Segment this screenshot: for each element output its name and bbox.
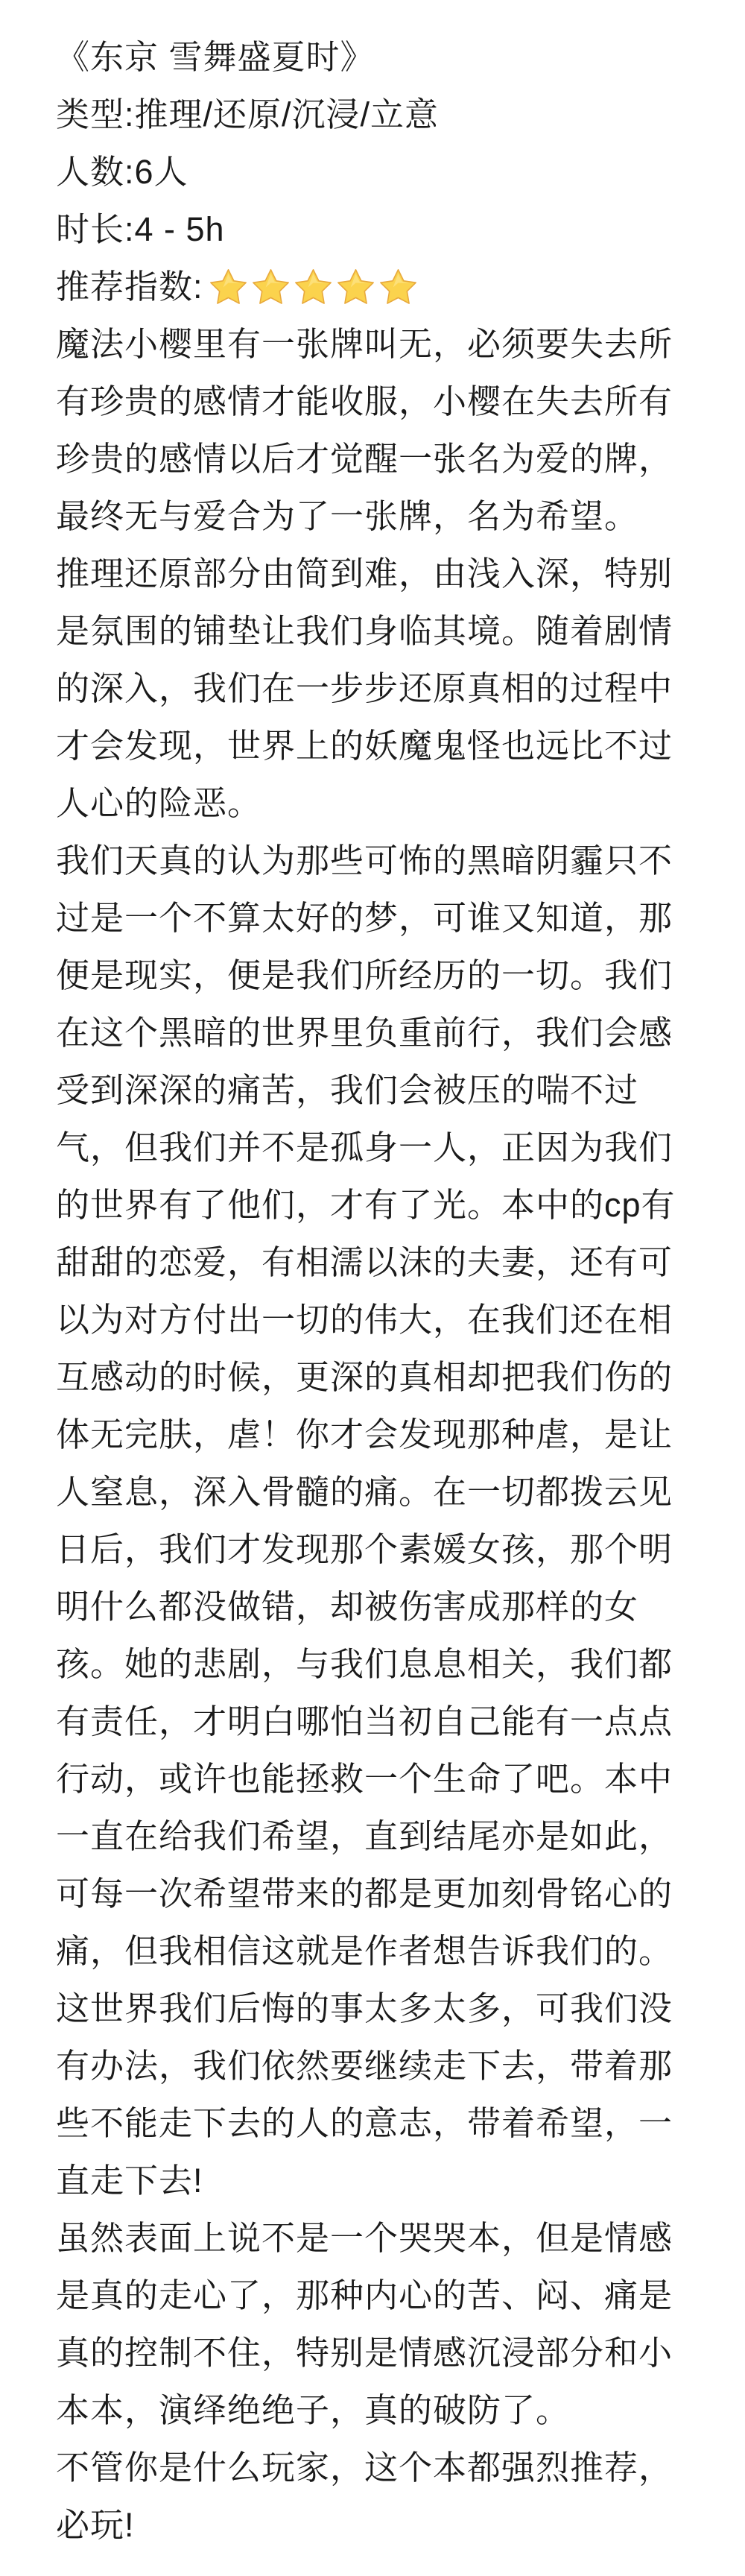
star-icon — [250, 267, 291, 308]
review-line: 人心的险恶。 — [56, 774, 704, 832]
review-line: 过是一个不算太好的梦，可谁又知道，那 — [56, 889, 704, 947]
type-line: 类型:推理/还原/沉浸/立意 — [56, 86, 704, 143]
review-line: 明什么都没做错，却被伤害成那样的女 — [56, 1578, 704, 1635]
review-line: 是真的走心了，那种内心的苦、闷、痛是 — [56, 2267, 704, 2324]
review-line: 人窒息，深入骨髓的痛。在一切都拨云见 — [56, 1463, 704, 1521]
review-line: 气，但我们并不是孤身一人，正因为我们 — [56, 1119, 704, 1176]
star-icon — [335, 267, 376, 308]
review-line: 不管你是什么玩家，这个本都强烈推荐， — [56, 2439, 704, 2496]
review-line: 的深入，我们在一步步还原真相的过程中 — [56, 660, 704, 717]
review-line: 推理还原部分由简到难，由浅入深，特别 — [56, 545, 704, 602]
review-line: 以为对方付出一切的伟大，在我们还在相 — [56, 1291, 704, 1348]
review-paragraph: 我们天真的认为那些可怖的黑暗阴霾只不过是一个不算太好的梦，可谁又知道，那便是现实… — [56, 832, 704, 2209]
review-line: 是氛围的铺垫让我们身临其境。随着剧情 — [56, 602, 704, 660]
rating-stars — [208, 267, 419, 308]
review-line: 珍贵的感情以后才觉醒一张名为爱的牌， — [56, 430, 704, 487]
review-line: 甜甜的恋爱，有相濡以沫的夫妻，还有可 — [56, 1234, 704, 1291]
players-line: 人数:6人 — [56, 143, 704, 201]
review-line: 有珍贵的感情才能收服，小樱在失去所有 — [56, 373, 704, 430]
review-line: 些不能走下去的人的意志，带着希望，一 — [56, 2094, 704, 2152]
review-paragraph: 虽然表面上说不是一个哭哭本，但是情感是真的走心了，那种内心的苦、闷、痛是真的控制… — [56, 2209, 704, 2439]
review-line: 必玩! — [56, 2496, 704, 2554]
review-body: 魔法小樱里有一张牌叫无，必须要失去所有珍贵的感情才能收服，小樱在失去所有珍贵的感… — [56, 315, 704, 2554]
review-line: 一直在给我们希望，直到结尾亦是如此， — [56, 1808, 704, 1865]
review-line: 孩。她的悲剧，与我们息息相关，我们都 — [56, 1635, 704, 1693]
rating-label: 推荐指数: — [56, 258, 203, 315]
star-icon — [293, 267, 334, 308]
star-icon — [378, 267, 419, 308]
review-line: 直走下去! — [56, 2152, 704, 2209]
review-line: 有责任，才明白哪怕当初自己能有一点点 — [56, 1693, 704, 1750]
review-line: 日后，我们才发现那个素媛女孩，那个明 — [56, 1521, 704, 1578]
review-line: 有办法，我们依然要继续走下去，带着那 — [56, 2037, 704, 2094]
review-line: 受到深深的痛苦，我们会被压的喘不过 — [56, 1061, 704, 1119]
review-paragraph: 魔法小樱里有一张牌叫无，必须要失去所有珍贵的感情才能收服，小樱在失去所有珍贵的感… — [56, 315, 704, 545]
review-line: 便是现实，便是我们所经历的一切。我们 — [56, 947, 704, 1004]
duration-line: 时长:4 - 5h — [56, 201, 704, 258]
review-line: 的世界有了他们，才有了光。本中的cp有 — [56, 1176, 704, 1234]
review-article: 《东京 雪舞盛夏时》 类型:推理/还原/沉浸/立意 人数:6人 时长:4 - 5… — [0, 0, 745, 2576]
review-line: 这世界我们后悔的事太多太多，可我们没 — [56, 1980, 704, 2037]
review-line: 体无完肤，虐！你才会发现那种虐，是让 — [56, 1406, 704, 1463]
star-icon — [208, 267, 249, 308]
review-line: 虽然表面上说不是一个哭哭本，但是情感 — [56, 2209, 704, 2267]
review-line: 最终无与爱合为了一张牌，名为希望。 — [56, 487, 704, 545]
review-line: 行动，或许也能拯救一个生命了吧。本中 — [56, 1750, 704, 1808]
review-line: 互感动的时候，更深的真相却把我们伤的 — [56, 1348, 704, 1406]
review-paragraph: 推理还原部分由简到难，由浅入深，特别是氛围的铺垫让我们身临其境。随着剧情的深入，… — [56, 545, 704, 832]
review-line: 可每一次希望带来的都是更加刻骨铭心的 — [56, 1865, 704, 1922]
review-paragraph: 不管你是什么玩家，这个本都强烈推荐，必玩! — [56, 2439, 704, 2554]
review-line: 痛，但我相信这就是作者想告诉我们的。 — [56, 1922, 704, 1980]
review-line: 我们天真的认为那些可怖的黑暗阴霾只不 — [56, 832, 704, 889]
review-line: 才会发现，世界上的妖魔鬼怪也远比不过 — [56, 717, 704, 774]
review-line: 真的控制不住，特别是情感沉浸部分和小 — [56, 2324, 704, 2381]
review-line: 本本，演绎绝绝子，真的破防了。 — [56, 2381, 704, 2439]
review-line: 在这个黑暗的世界里负重前行，我们会感 — [56, 1004, 704, 1061]
review-line: 魔法小樱里有一张牌叫无，必须要失去所 — [56, 315, 704, 373]
script-title: 《东京 雪舞盛夏时》 — [56, 28, 704, 86]
rating-line: 推荐指数: — [56, 258, 704, 315]
